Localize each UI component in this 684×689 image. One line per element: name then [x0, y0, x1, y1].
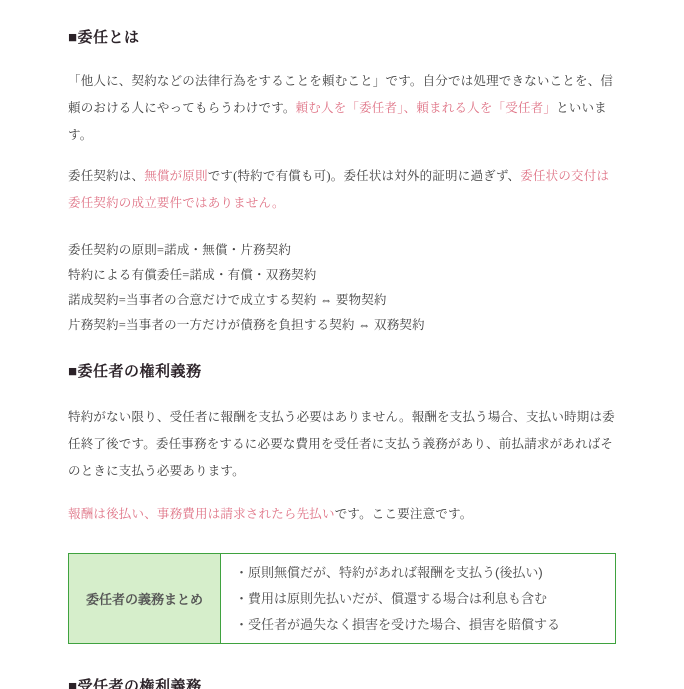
- table-body-cell: ・原則無償だが、特約があれば報酬を支払う(後払い) ・費用は原則先払いだが、償還…: [221, 554, 615, 643]
- definition-line: 特約による有償委任=諾成・有償・双務契約: [68, 263, 616, 288]
- definition-line: 委任契約の原則=諾成・無償・片務契約: [68, 238, 616, 263]
- text-segment: です。ここ要注意です。: [335, 507, 473, 521]
- ininsha-duties-summary-table: 委任者の義務まとめ ・原則無償だが、特約があれば報酬を支払う(後払い) ・費用は…: [68, 553, 616, 644]
- table-header-cell: 委任者の義務まとめ: [69, 554, 221, 643]
- paragraph-inin-definition: 「他人に、契約などの法律行為をすることを頼むこと」です。自分では処理できないこと…: [68, 68, 616, 149]
- paragraph-ininsha-obligation: 特約がない限り、受任者に報酬を支払う必要はありません。報酬を支払う場合、支払い時…: [68, 404, 616, 485]
- table-bullet-item: ・受任者が過失なく損害を受けた場合、損害を賠償する: [235, 612, 601, 638]
- page: ■委任とは 「他人に、契約などの法律行為をすることを頼むこと」です。自分では処理…: [0, 0, 684, 689]
- text-segment-highlight: 頼む人を「委任者」、頼まれる人を「受任者」: [296, 101, 556, 115]
- table-bullet-item: ・費用は原則先払いだが、償還する場合は利息も含む: [235, 586, 601, 612]
- text-segment: です(特約で有償も可)。委任状は対外的証明に過ぎず、: [208, 169, 521, 183]
- table-bullet-item: ・原則無償だが、特約があれば報酬を支払う(後払い): [235, 560, 601, 586]
- section-heading-ininsha-rights: ■委任者の権利義務: [68, 362, 616, 382]
- definition-line: 片務契約=当事者の一方だけが債務を負担する契約 ⇔ 双務契約: [68, 313, 616, 338]
- paragraph-payment-caution: 報酬は後払い、事務費用は請求されたら先払いです。ここ要注意です。: [68, 501, 616, 528]
- text-segment-highlight: 報酬は後払い、事務費用は請求されたら先払い: [68, 507, 335, 521]
- definition-line: 諾成契約=当事者の合意だけで成立する契約 ⇔ 要物契約: [68, 288, 616, 313]
- paragraph-inin-principle: 委任契約は、無償が原則です(特約で有償も可)。委任状は対外的証明に過ぎず、委任状…: [68, 163, 616, 217]
- section-heading-what-is-inin: ■委任とは: [68, 28, 616, 48]
- text-segment-highlight: 無償が原則: [144, 169, 208, 183]
- text-segment: 委任契約は、: [68, 169, 144, 183]
- article: ■委任とは 「他人に、契約などの法律行為をすることを頼むこと」です。自分では処理…: [0, 0, 684, 689]
- section-heading-juninsha-rights: ■受任者の権利義務: [68, 677, 616, 689]
- inin-definition-list: 委任契約の原則=諾成・無償・片務契約 特約による有償委任=諾成・有償・双務契約 …: [68, 238, 616, 338]
